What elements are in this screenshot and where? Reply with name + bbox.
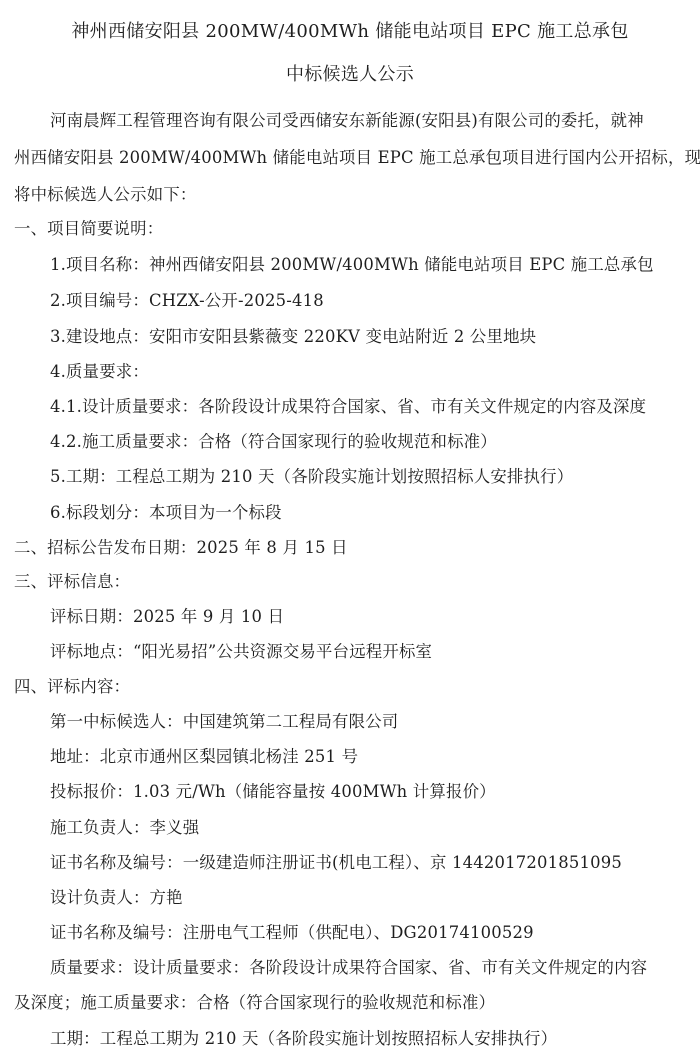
intro-line-1: 河南晨辉工程管理咨询有限公司受西储安东新能源(安阳县)有限公司的委托，就神	[50, 110, 644, 132]
lot-division: 6.标段划分：本项目为一个标段	[50, 502, 282, 524]
candidate-quality: 质量要求：设计质量要求：各阶段设计成果符合国家、省、市有关文件规定的内容	[50, 957, 647, 979]
construction-site: 3.建设地点：安阳市安阳县紫薇变 220KV 变电站附近 2 公里地块	[50, 326, 536, 348]
project-name: 1.项目名称：神州西储安阳县 200MW/400MWh 储能电站项目 EPC 施…	[50, 254, 654, 276]
document-page: 神州西储安阳县 200MW/400MWh 储能电站项目 EPC 施工总承包 中标…	[0, 0, 700, 1063]
evaluation-date: 评标日期：2025 年 9 月 10 日	[50, 606, 284, 628]
evaluation-location: 评标地点：“阳光易招”公共资源交易平台远程开标室	[50, 641, 432, 663]
project-number: 2.项目编号：CHZX-公开-2025-418	[50, 290, 324, 312]
section-2-heading: 二、招标公告发布日期：2025 年 8 月 15 日	[14, 537, 348, 559]
quality-requirements: 4.质量要求：	[50, 361, 149, 383]
design-lead-certificate: 证书名称及编号：注册电气工程师（供配电）、DG20174100529	[50, 922, 534, 944]
construction-period: 5.工期：工程总工期为 210 天（各阶段实施计划按照招标人安排执行）	[50, 466, 573, 488]
section-4-heading: 四、评标内容：	[14, 676, 130, 698]
document-title: 神州西储安阳县 200MW/400MWh 储能电站项目 EPC 施工总承包	[0, 21, 700, 43]
intro-line-2: 州西储安阳县 200MW/400MWh 储能电站项目 EPC 施工总承包项目进行…	[14, 147, 700, 169]
construction-lead: 施工负责人：李义强	[50, 817, 199, 839]
candidate-construction-period: 工期：工程总工期为 210 天（各阶段实施计划按照招标人安排执行）	[50, 1028, 557, 1050]
section-3-heading: 三、评标信息：	[14, 571, 130, 593]
design-lead: 设计负责人：方艳	[50, 887, 183, 909]
construction-lead-certificate: 证书名称及编号：一级建造师注册证书(机电工程）、京 14420172018510…	[50, 852, 622, 874]
section-1-heading: 一、项目简要说明：	[14, 218, 163, 240]
intro-line-3: 将中标候选人公示如下：	[14, 184, 197, 206]
construction-quality: 4.2.施工质量要求：合格（符合国家现行的验收规范和标准）	[50, 431, 497, 453]
candidate-address: 地址：北京市通州区梨园镇北杨洼 251 号	[50, 746, 358, 768]
document-subtitle: 中标候选人公示	[0, 64, 700, 86]
bid-price: 投标报价：1.03 元/Wh（储能容量按 400MWh 计算报价）	[50, 781, 496, 803]
candidate-quality-continued: 及深度；施工质量要求：合格（符合国家现行的验收规范和标准）	[14, 992, 495, 1014]
first-candidate: 第一中标候选人：中国建筑第二工程局有限公司	[50, 711, 398, 733]
design-quality: 4.1.设计质量要求：各阶段设计成果符合国家、省、市有关文件规定的内容及深度	[50, 396, 646, 418]
